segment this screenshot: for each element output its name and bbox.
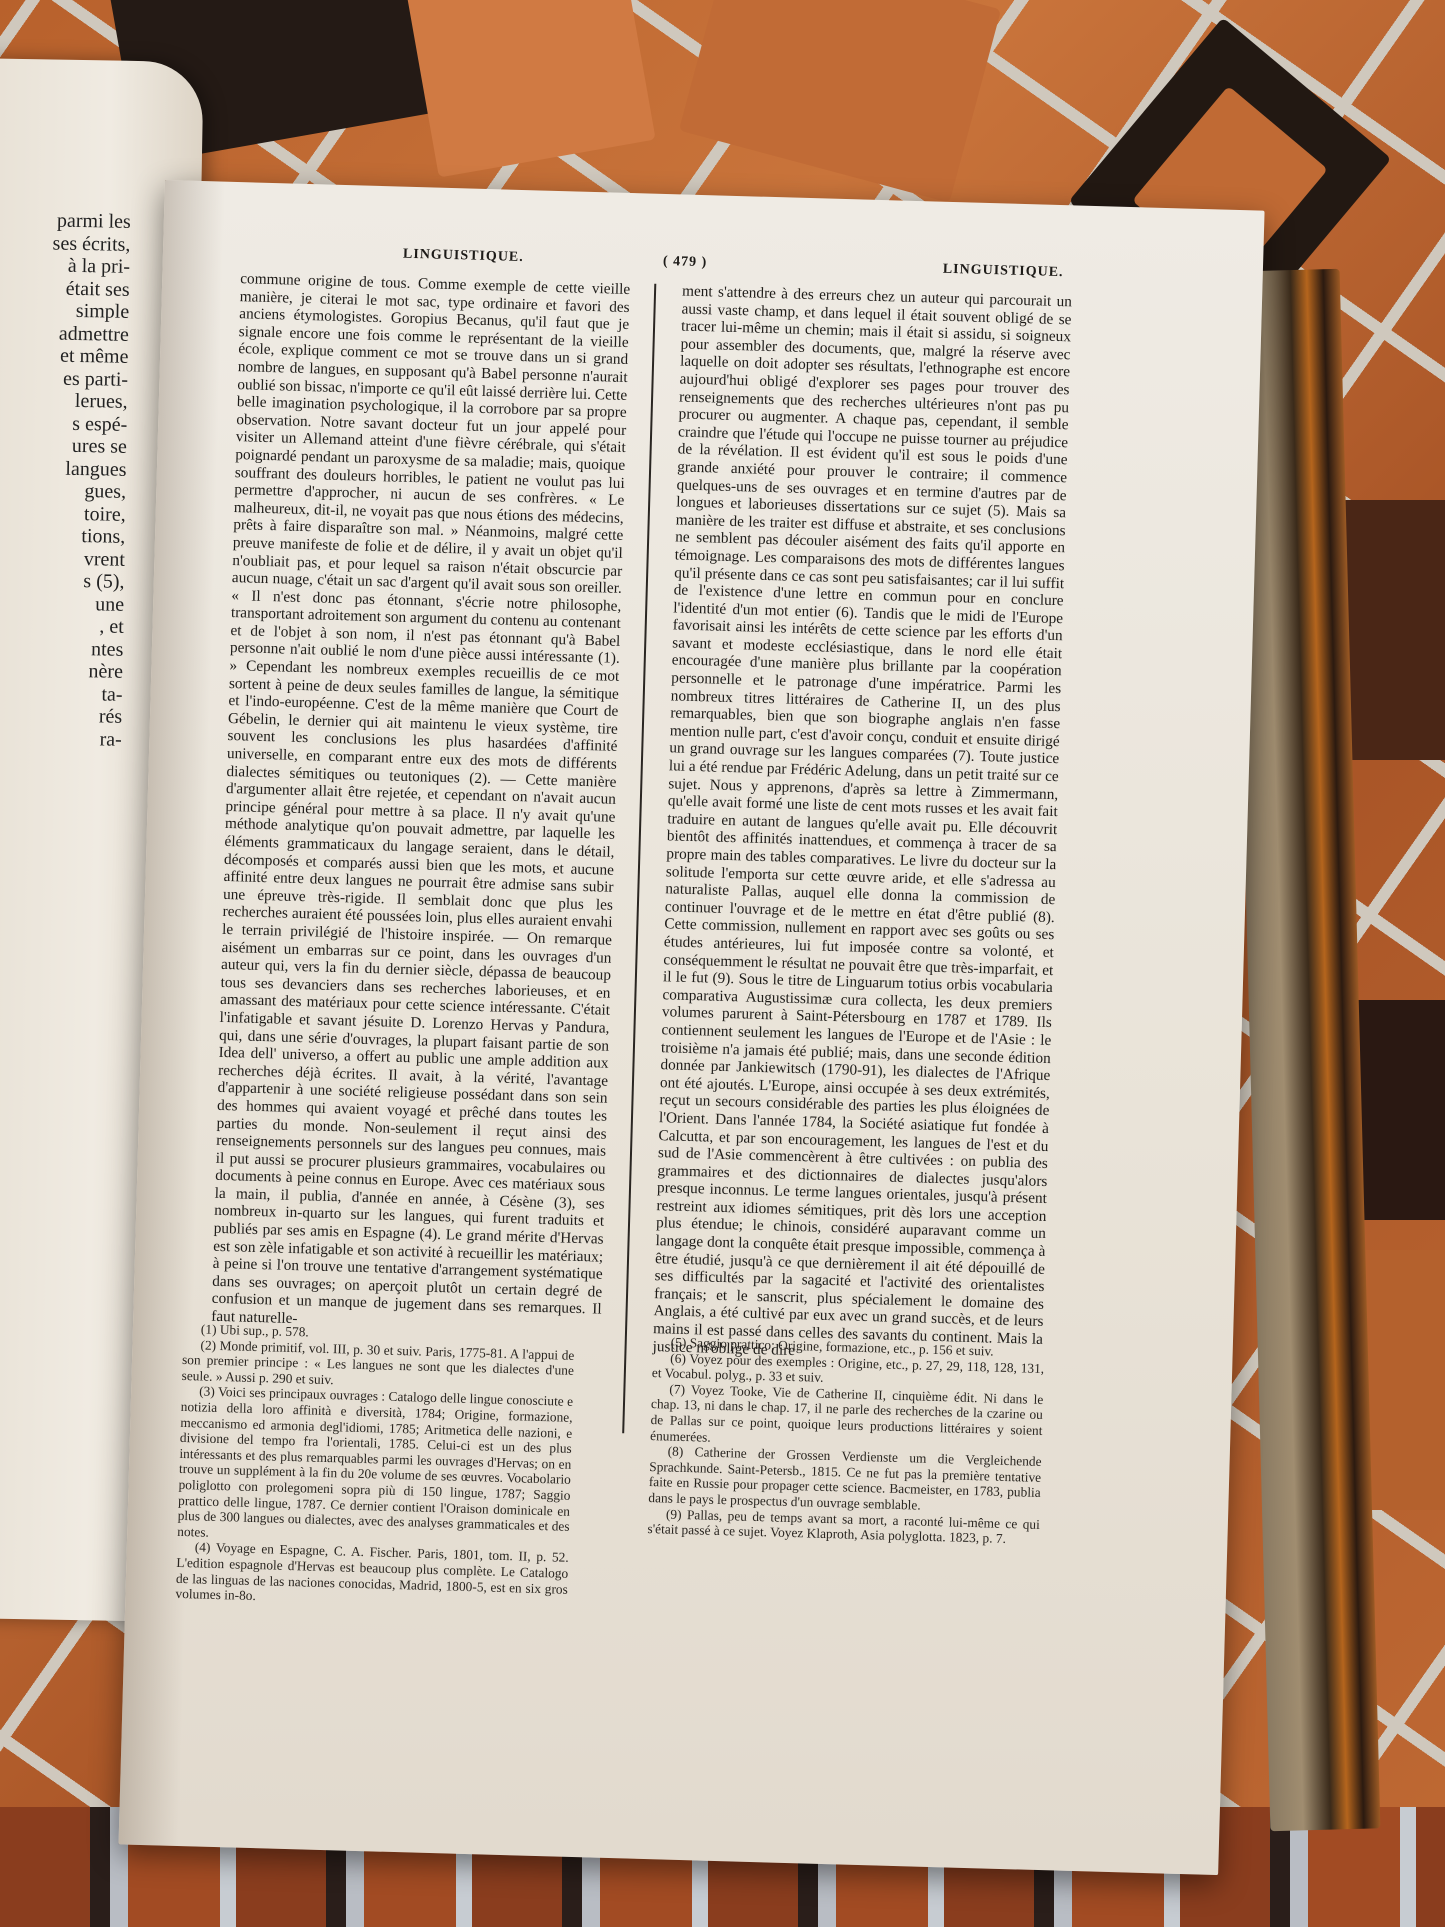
footnote: (8) Catherine der Grossen Verdienste um … xyxy=(648,1443,1042,1516)
paragraph: ment s'attendre à des erreurs chez un au… xyxy=(652,282,1072,1366)
tile-dark xyxy=(1350,1000,1445,1220)
footnotes-right: (5) Saggio prattico; Origine, formazione… xyxy=(647,1334,1045,1548)
page-number: ( 479 ) xyxy=(663,254,708,271)
tile-light xyxy=(679,0,1001,203)
footnote: (7) Voyez Tooke, Vie de Catherine II, ci… xyxy=(650,1381,1044,1454)
paragraph: commune origine de tous. Comme exemple d… xyxy=(211,270,630,1336)
running-head-left: LINGUISTIQUE. xyxy=(403,247,524,266)
running-head-right: LINGUISTIQUE. xyxy=(943,262,1064,281)
tile-light xyxy=(1360,1250,1445,1510)
text-column-right: ment s'attendre à des erreurs chez un au… xyxy=(652,282,1072,1366)
book-page: LINGUISTIQUE. ( 479 ) LINGUISTIQUE. comm… xyxy=(119,180,1265,1875)
footnote: (4) Voyage en Espagne, C. A. Fischer. Pa… xyxy=(175,1539,569,1612)
text-column-left: commune origine de tous. Comme exemple d… xyxy=(211,270,630,1336)
tile-dark xyxy=(1340,500,1445,760)
column-rule xyxy=(622,284,656,1434)
tile-light xyxy=(404,0,655,178)
footnotes-left: (1) Ubi sup., p. 578. (2) Monde primitif… xyxy=(175,1321,575,1613)
facing-page-text: parmi les ses écrits, à la pri- était se… xyxy=(2,209,131,751)
footnote: (3) Voici ses principaux ouvrages : Cata… xyxy=(177,1383,573,1550)
